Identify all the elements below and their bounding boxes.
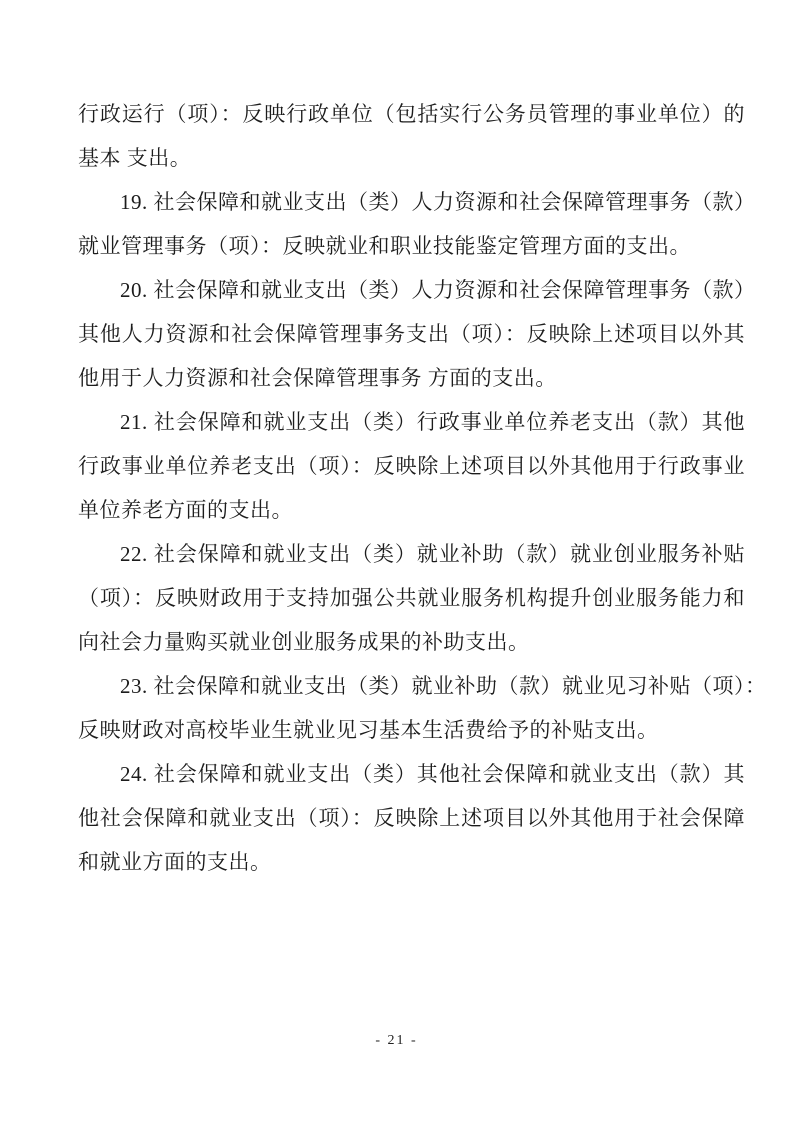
- text-line: 行政事业单位养老支出（项）：反映除上述项目以外其他用于行政事业: [78, 444, 745, 488]
- text-line: 和就业方面的支出。: [78, 840, 745, 884]
- text-line: （项）：反映财政用于支持加强公共就业服务机构提升创业服务能力和: [78, 576, 745, 620]
- page-number: - 21 -: [0, 1033, 793, 1049]
- text-line: 就业管理事务（项）：反映就业和职业技能鉴定管理方面的支出。: [78, 224, 745, 268]
- text-line: 向社会力量购买就业创业服务成果的补助支出。: [78, 620, 745, 664]
- text-line: 24. 社会保障和就业支出（类）其他社会保障和就业支出（款）其: [78, 752, 745, 796]
- text-line: 其他人力资源和社会保障管理事务支出（项）：反映除上述项目以外其: [78, 312, 745, 356]
- document-body: 行政运行（项）：反映行政单位（包括实行公务员管理的事业单位）的基本 支出。19.…: [78, 92, 745, 884]
- text-line: 行政运行（项）：反映行政单位（包括实行公务员管理的事业单位）的: [78, 92, 745, 136]
- text-line: 他社会保障和就业支出（项）：反映除上述项目以外其他用于社会保障: [78, 796, 745, 840]
- text-line: 23. 社会保障和就业支出（类）就业补助（款）就业见习补贴（项）：: [78, 664, 745, 708]
- text-line: 19. 社会保障和就业支出（类）人力资源和社会保障管理事务（款）: [78, 180, 745, 224]
- text-line: 20. 社会保障和就业支出（类）人力资源和社会保障管理事务（款）: [78, 268, 745, 312]
- text-line: 单位养老方面的支出。: [78, 488, 745, 532]
- text-line: 22. 社会保障和就业支出（类）就业补助（款）就业创业服务补贴: [78, 532, 745, 576]
- document-page: 行政运行（项）：反映行政单位（包括实行公务员管理的事业单位）的基本 支出。19.…: [0, 0, 793, 1122]
- text-line: 基本 支出。: [78, 136, 745, 180]
- text-line: 他用于人力资源和社会保障管理事务 方面的支出。: [78, 356, 745, 400]
- text-line: 反映财政对高校毕业生就业见习基本生活费给予的补贴支出。: [78, 708, 745, 752]
- text-line: 21. 社会保障和就业支出（类）行政事业单位养老支出（款）其他: [78, 400, 745, 444]
